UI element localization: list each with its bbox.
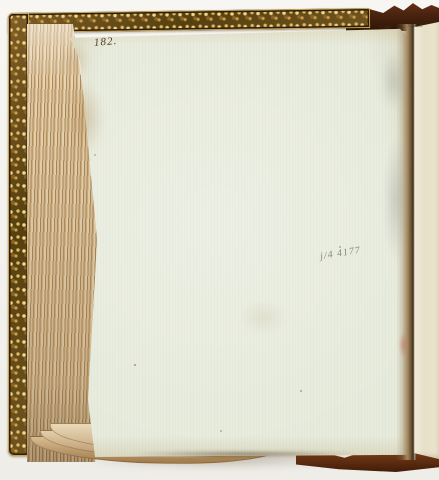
blank-album-page bbox=[58, 28, 407, 457]
paper-specks bbox=[134, 364, 136, 366]
foxing-stain bbox=[66, 82, 104, 156]
gold-tooled-border-left bbox=[8, 13, 29, 456]
facing-page-sliver bbox=[413, 22, 439, 459]
gray-smudge bbox=[381, 52, 407, 110]
handwritten-page-number: 182. bbox=[94, 35, 118, 49]
foxing-stain bbox=[60, 40, 90, 80]
faint-stain bbox=[240, 300, 286, 334]
page-bottom-shadow bbox=[92, 450, 398, 459]
photo-of-open-album: 182. j/4 4177 7-204 7-2-122 bbox=[0, 0, 439, 480]
gutter-red-smudge bbox=[399, 332, 408, 358]
gray-smudge bbox=[384, 138, 408, 262]
